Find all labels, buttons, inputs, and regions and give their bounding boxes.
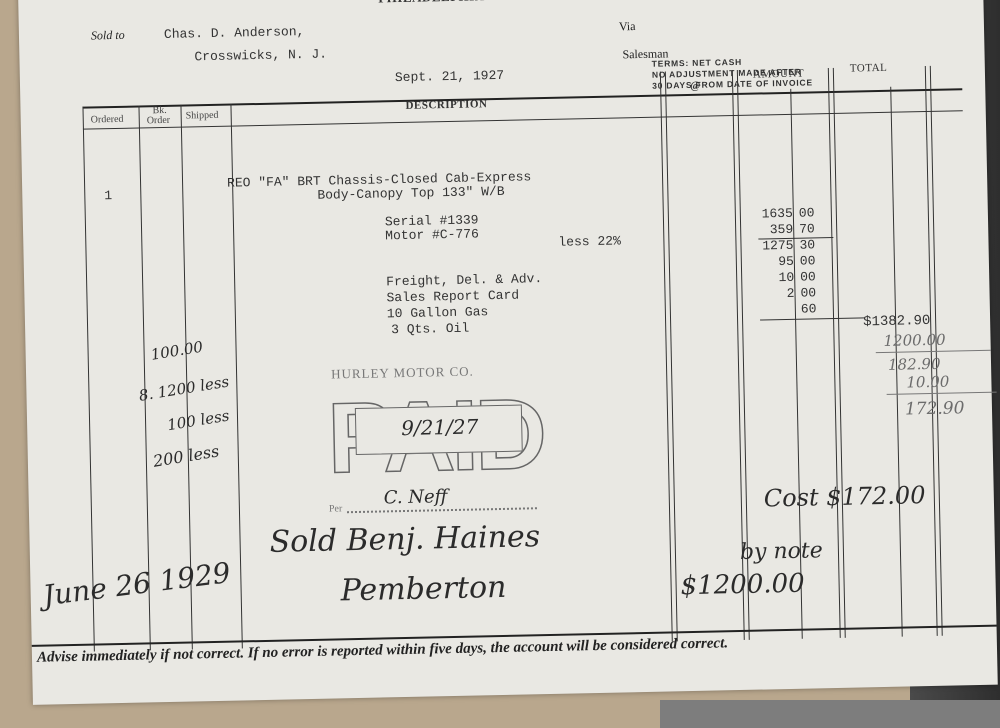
price-note: $1200.00 — [680, 569, 805, 602]
sale-date-note: June 26 1929 — [41, 556, 232, 612]
col-rule — [660, 71, 678, 641]
per-signature-line — [347, 507, 537, 513]
paid-stamp: PAID 9/21/27 — [326, 384, 543, 498]
header-order: Order — [147, 115, 171, 126]
invoice-date: Sept. 21, 1927 — [395, 68, 505, 85]
description-line: Motor #C-776 — [385, 226, 479, 243]
description-line: Body-Canopy Top 133" W/B — [317, 184, 505, 203]
customer-address: Crosswicks, N. J. — [194, 47, 327, 65]
stamp-date: 9/21/27 — [401, 414, 479, 440]
customer-name: Chas. D. Anderson, — [164, 24, 305, 42]
stamp-date-box: 9/21/27 — [355, 405, 523, 455]
amount-dollars: 95 — [754, 254, 794, 270]
amount-dollars: 2 — [754, 286, 794, 302]
description-line: less 22% — [558, 233, 621, 249]
header-at: @ — [690, 80, 701, 92]
header-ordered: Ordered — [91, 114, 124, 126]
invoice-total: $1382.90 — [863, 313, 931, 330]
description-line: 10 Gallon Gas — [387, 304, 489, 321]
handwritten-note: 100 less — [166, 406, 231, 434]
description-line: Sales Report Card — [386, 288, 519, 306]
handwritten-note: 200 less — [152, 441, 221, 470]
header-shipped: Shipped — [186, 110, 219, 122]
header-description: DESCRIPTION — [405, 98, 487, 112]
sold-note: Sold Benj. Haines — [269, 519, 540, 560]
amount-cents: 00 — [800, 253, 816, 268]
by-note: by note — [740, 538, 823, 565]
amount-cents: 00 — [800, 285, 816, 300]
header-total: TOTAL — [850, 62, 888, 75]
handwritten-note: 8. 1200 less — [138, 372, 231, 404]
ordered-qty: 1 — [104, 188, 112, 203]
col-rule — [828, 68, 846, 638]
per-label: Per — [329, 503, 343, 514]
amount-cents: 00 — [800, 269, 816, 284]
handwritten-note: 100.00 — [149, 338, 204, 364]
pencil-rule — [887, 392, 997, 395]
col-rule — [82, 107, 94, 652]
sold-to-label: Sold to — [91, 28, 125, 44]
place-note: Pemberton — [340, 570, 506, 608]
amount-cents: 70 — [799, 221, 815, 236]
amount-dollars: 10 — [754, 270, 794, 286]
letterhead-city: PHILADELPHIA — [378, 0, 485, 6]
amount-dollars: 359 — [753, 222, 793, 238]
amount-dollars: 1635 — [753, 206, 793, 222]
pencil-note: 182.90 — [888, 355, 941, 374]
pencil-note: 172.90 — [905, 398, 965, 419]
header-amount: AMOUNT — [753, 68, 805, 81]
cost-note: Cost $172.00 — [764, 481, 926, 512]
amount-cents: 60 — [801, 301, 817, 316]
amount-dollars: 1275 — [753, 238, 793, 254]
background-floor — [660, 700, 1000, 728]
via-label: Via — [619, 19, 636, 34]
description-line: 3 Qts. Oil — [391, 321, 469, 338]
invoice-document: PHILADELPHIA Via Salesman TERMS: NET CAS… — [18, 0, 998, 705]
pencil-note: 1200.00 — [883, 331, 945, 350]
amount-cents: 00 — [799, 205, 815, 220]
total-rule — [760, 317, 865, 320]
amount-cents: 30 — [799, 237, 815, 252]
pencil-note: 10.00 — [906, 373, 949, 392]
stamp-signature: C. Neff — [383, 486, 447, 508]
